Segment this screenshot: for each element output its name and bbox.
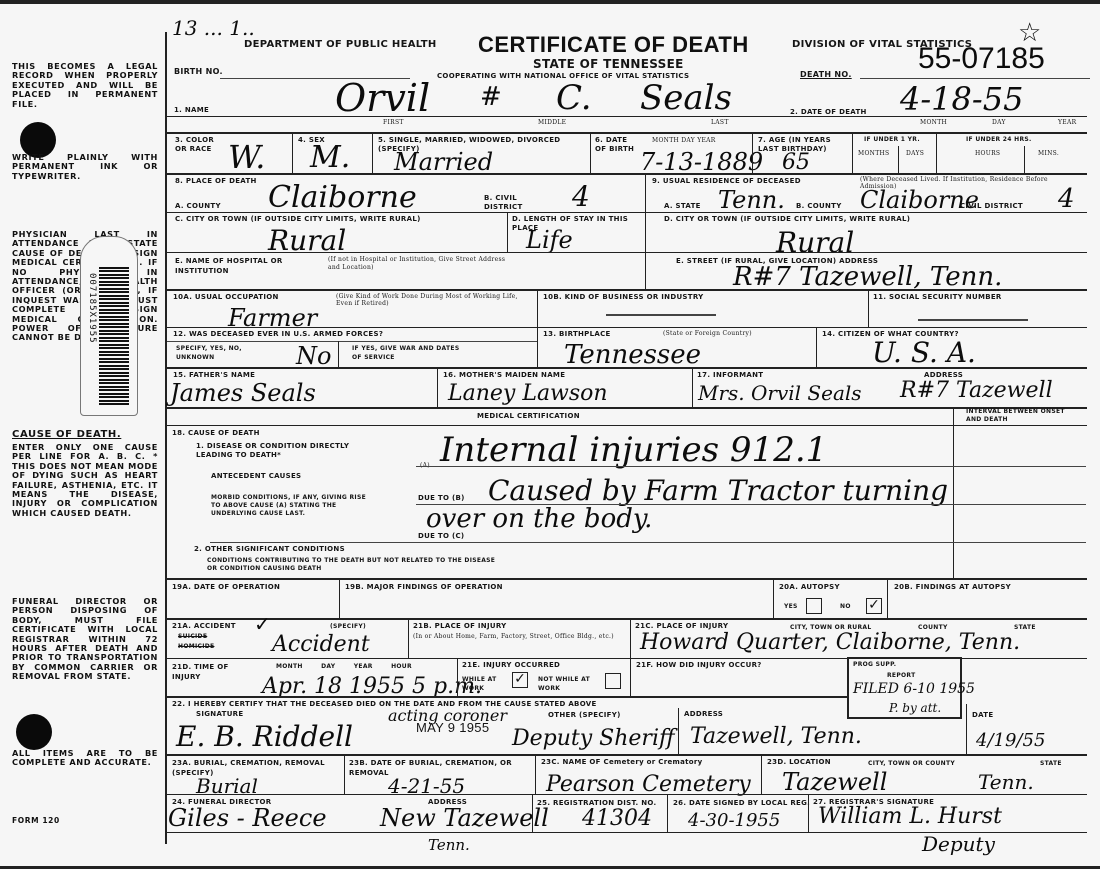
length-stay-value: Life <box>526 226 573 254</box>
funeral-address-value-2: Tenn. <box>428 836 470 854</box>
date-signed-label: 26. DATE SIGNED BY LOCAL REG. <box>673 798 813 808</box>
first-label: FIRST <box>383 119 404 126</box>
age-value: 65 <box>782 150 810 175</box>
c-label: DUE TO (C) <box>418 532 464 540</box>
mother-label: 16. MOTHER'S MAIDEN NAME <box>443 371 565 379</box>
industry-label: 10B. KIND OF BUSINESS OR INDUSTRY <box>543 293 704 301</box>
location-cols-label: CITY, TOWN OR COUNTY <box>868 760 955 767</box>
civil-district-value: 4 <box>572 180 590 213</box>
hours-label: HOURS <box>975 150 1000 157</box>
name-label: 1. NAME <box>174 106 209 114</box>
morbid-label: MORBID CONDITIONS, IF ANY, GIVING RISE T… <box>211 494 371 518</box>
cause-b-value-2: over on the body. <box>426 504 652 534</box>
cause-label: 18. CAUSE OF DEATH <box>172 429 260 437</box>
cemetery-label: 23C. NAME OF Cemetery or Crematory <box>541 758 703 766</box>
armed-value: No <box>296 342 331 370</box>
name-hash: # <box>480 82 502 112</box>
state-label: STATE OF TENNESSEE <box>533 57 684 71</box>
how-injury-label: 21F. HOW DID INJURY OCCUR? <box>636 661 762 669</box>
punch-hole-icon <box>16 714 52 750</box>
suicide-label: SUICIDE <box>178 633 207 640</box>
write-plainly-notice: WRITE PLAINLY WITH PERMANENT INK OR TYPE… <box>12 153 158 181</box>
sex-value: M. <box>310 140 350 175</box>
days-label: DAYS <box>906 150 924 157</box>
op-date-label: 19A. DATE OF OPERATION <box>172 583 280 591</box>
funeral-notice: FUNERAL DIRECTOR OR PERSON DISPOSING OF … <box>12 597 158 682</box>
location-state-value: Tenn. <box>978 770 1034 794</box>
war-label: IF YES, GIVE WAR AND DATES OF SERVICE <box>352 344 462 362</box>
county-label: A. COUNTY <box>175 202 221 210</box>
accident-label: 21A. ACCIDENT <box>172 622 236 630</box>
signature-value: E. B. Riddell <box>176 720 353 753</box>
father-value: James Seals <box>170 379 316 407</box>
month-label: MONTH <box>920 119 947 126</box>
name-last: Seals <box>640 78 732 118</box>
complete-notice: ALL ITEMS ARE TO BE COMPLETE AND ACCURAT… <box>12 749 158 768</box>
birthplace-label: 13. BIRTHPLACE <box>543 330 611 338</box>
months-label: MONTHS <box>858 150 889 157</box>
not-while-work-label: NOT WHILE AT WORK <box>538 675 598 693</box>
address-value: Tazewell, Tenn. <box>690 724 862 749</box>
birth-no-label: BIRTH NO. <box>174 67 223 76</box>
occupation-label: 10A. USUAL OCCUPATION <box>173 293 279 301</box>
time-cols-label: MONTH DAY YEAR HOUR <box>276 663 412 670</box>
while-work-checkbox-checked[interactable]: ✓ <box>512 672 528 688</box>
date-signed-value: 4-30-1955 <box>688 810 780 831</box>
location-value: Tazewell <box>782 768 887 796</box>
informant-value: Mrs. Orvil Seals <box>698 381 862 405</box>
autopsy-yes-checkbox[interactable] <box>806 598 822 614</box>
informant-address-value: R#7 Tazewell <box>900 378 1053 403</box>
barcode-number: 007185X1955 <box>87 273 97 383</box>
mother-value: Laney Lawson <box>448 381 608 406</box>
cause-b-value: Caused by Farm Tractor turning <box>488 474 948 507</box>
cause-notice: ENTER ONLY ONE CAUSE PER LINE FOR A. B. … <box>12 443 158 518</box>
autopsy-yes-label: YES <box>784 603 798 610</box>
b-label: DUE TO (B) <box>418 494 465 502</box>
res-civil-value: 4 <box>1058 184 1075 214</box>
residence-label: 9. USUAL RESIDENCE OF DECEASED <box>652 177 801 185</box>
interval-label: INTERVAL BETWEEN ONSET AND DEATH <box>966 408 1082 424</box>
ssn-label: 11. SOCIAL SECURITY NUMBER <box>873 293 1002 301</box>
autopsy-findings-label: 20B. FINDINGS AT AUTOPSY <box>894 583 1011 591</box>
res-state-label: A. STATE <box>664 202 701 210</box>
place-injury-label: 21B. PLACE OF INJURY <box>413 622 507 630</box>
certify-date-value: 4/19/55 <box>976 730 1045 751</box>
res-street-value: R#7 Tazewell, Tenn. <box>733 262 1002 292</box>
res-city-value: Rural <box>776 226 854 259</box>
res-county-label: B. COUNTY <box>796 202 842 210</box>
injury-occurred-label: 21E. INJURY OCCURRED <box>462 661 560 669</box>
death-no-label: DEATH NO. <box>800 70 852 79</box>
certify-statement: 22. I HEREBY CERTIFY THAT THE DECEASED D… <box>172 700 597 708</box>
armed-label: 12. WAS DECEASED EVER IN U.S. ARMED FORC… <box>173 330 383 338</box>
occupation-note: (Give Kind of Work Done During Most of W… <box>336 293 526 307</box>
place-injury-loc-label: 21C. PLACE OF INJURY <box>635 622 728 630</box>
supplemental-report-stamp: PROG SUPP. REPORT FILED 6-10 1955 P. by … <box>847 657 962 719</box>
antecedent-label: ANTECEDENT CAUSES <box>211 472 301 480</box>
other-specify-label: OTHER (SPECIFY) <box>548 711 621 719</box>
year-label: YEAR <box>1058 119 1076 126</box>
cause-a-value: Internal injuries 912.1 <box>440 430 827 470</box>
name-first: Orvil <box>335 76 430 120</box>
location-state-col-label: STATE <box>1040 760 1062 767</box>
date-of-death-label: 2. DATE OF DEATH <box>790 108 867 116</box>
hospital-note: (If not in Hospital or Institution, Give… <box>328 256 508 272</box>
funeral-director-value: Giles - Reece <box>168 804 327 832</box>
specify-label: (SPECIFY) <box>330 623 366 630</box>
funeral-address-value: New Tazewell <box>380 804 549 832</box>
location-label: 23D. LOCATION <box>767 758 831 766</box>
birth-no-handwritten: 13 ... 1.. <box>172 16 255 40</box>
other-conditions-sub: CONDITIONS CONTRIBUTING TO THE DEATH BUT… <box>207 557 507 573</box>
legal-record-notice: THIS BECOMES A LEGAL RECORD WHEN PROPERL… <box>12 62 158 109</box>
department-label: DEPARTMENT OF PUBLIC HEALTH <box>244 39 437 50</box>
death-number: 55-07185 <box>918 42 1045 76</box>
birthplace-value: Tennessee <box>564 340 701 370</box>
registrar-signature: William L. Hurst <box>818 804 1002 829</box>
form-number: FORM 120 <box>12 816 158 825</box>
dob-value: 7-13-1889 <box>640 148 763 176</box>
res-state-value: Tenn. <box>718 186 785 214</box>
last-label: LAST <box>711 119 729 126</box>
not-while-work-checkbox[interactable] <box>605 673 621 689</box>
title-value: Deputy Sheriff <box>512 726 675 751</box>
res-city-label: D. CITY OR TOWN (IF OUTSIDE CITY LIMITS,… <box>664 215 910 223</box>
medical-heading: MEDICAL CERTIFICATION <box>477 412 580 420</box>
cause-heading: CAUSE OF DEATH. <box>12 430 158 439</box>
signature-label: SIGNATURE <box>196 710 243 718</box>
death-certificate-page: THIS BECOMES A LEGAL RECORD WHEN PROPERL… <box>0 0 1100 869</box>
other-conditions-label: 2. OTHER SIGNIFICANT CONDITIONS <box>194 545 345 553</box>
place-injury-loc-value: Howard Quarter, Claiborne, Tenn. <box>640 630 1020 655</box>
autopsy-label: 20A. AUTOPSY <box>779 583 840 591</box>
disease-label: 1. DISEASE OR CONDITION DIRECTLY LEADING… <box>196 442 386 460</box>
mins-label: MINS. <box>1038 150 1059 157</box>
dob-label: 6. DATE OF BIRTH <box>595 136 635 154</box>
op-findings-label: 19B. MAJOR FINDINGS OF OPERATION <box>345 583 503 591</box>
date-of-death: 4-18-55 <box>900 80 1023 118</box>
autopsy-no-checkbox-checked[interactable]: ✓ <box>866 598 882 614</box>
homicide-label: HOMICIDE <box>178 643 214 650</box>
place-injury-note: (In or About Home, Farm, Factory, Street… <box>413 633 623 640</box>
under-24-label: IF UNDER 24 HRS. <box>966 136 1032 143</box>
reg-dist-value: 41304 <box>582 806 652 831</box>
registrar-title: Deputy <box>922 832 995 856</box>
while-work-label: WHILE AT WORK <box>462 675 506 693</box>
received-date-stamp: MAY 9 1955 <box>416 720 489 735</box>
day-label: DAY <box>992 119 1006 126</box>
birthplace-note: (State or Foreign Country) <box>663 330 752 337</box>
res-civil-label: CIVIL DISTRICT <box>960 202 1023 210</box>
middle-label: MIDDLE <box>538 119 566 126</box>
civil-district-label: B. CIVIL DISTRICT <box>484 194 544 212</box>
ssn-dash <box>918 319 1028 321</box>
under-1yr-label: IF UNDER 1 YR. <box>864 136 920 143</box>
color-value: W. <box>228 138 265 176</box>
autopsy-no-label: NO <box>840 603 851 610</box>
barcode-bars-icon <box>99 267 129 405</box>
marital-value: Married <box>394 148 493 176</box>
certificate-title: CERTIFICATE OF DEATH <box>478 32 749 58</box>
name-middle: C. <box>556 78 592 118</box>
father-label: 15. FATHER'S NAME <box>173 371 255 379</box>
time-injury-label: 21D. TIME OF INJURY <box>172 662 232 682</box>
barcode: 007185X1955 <box>80 236 138 416</box>
hospital-label: E. NAME OF HOSPITAL OR INSTITUTION <box>175 256 305 276</box>
industry-dash <box>606 314 716 316</box>
date-label: DATE <box>972 711 993 719</box>
accident-check-icon: ✓ <box>254 612 271 636</box>
citizen-value: U. S. A. <box>872 336 976 369</box>
informant-label: 17. INFORMANT <box>697 371 763 379</box>
place-of-death-label: 8. PLACE OF DEATH <box>175 177 257 185</box>
dob-sub-label: MONTH DAY YEAR <box>652 137 716 144</box>
armed-sub-label: SPECIFY, YES, NO, UNKNOWN <box>176 344 266 362</box>
address-label: ADDRESS <box>684 710 723 718</box>
form-left-border <box>165 32 167 844</box>
city-label: C. CITY OR TOWN (IF OUTSIDE CITY LIMITS,… <box>175 215 421 223</box>
color-label: 3. COLOR OR RACE <box>175 136 227 154</box>
accident-value: Accident <box>272 632 370 657</box>
county-value: Claiborne <box>268 180 417 215</box>
